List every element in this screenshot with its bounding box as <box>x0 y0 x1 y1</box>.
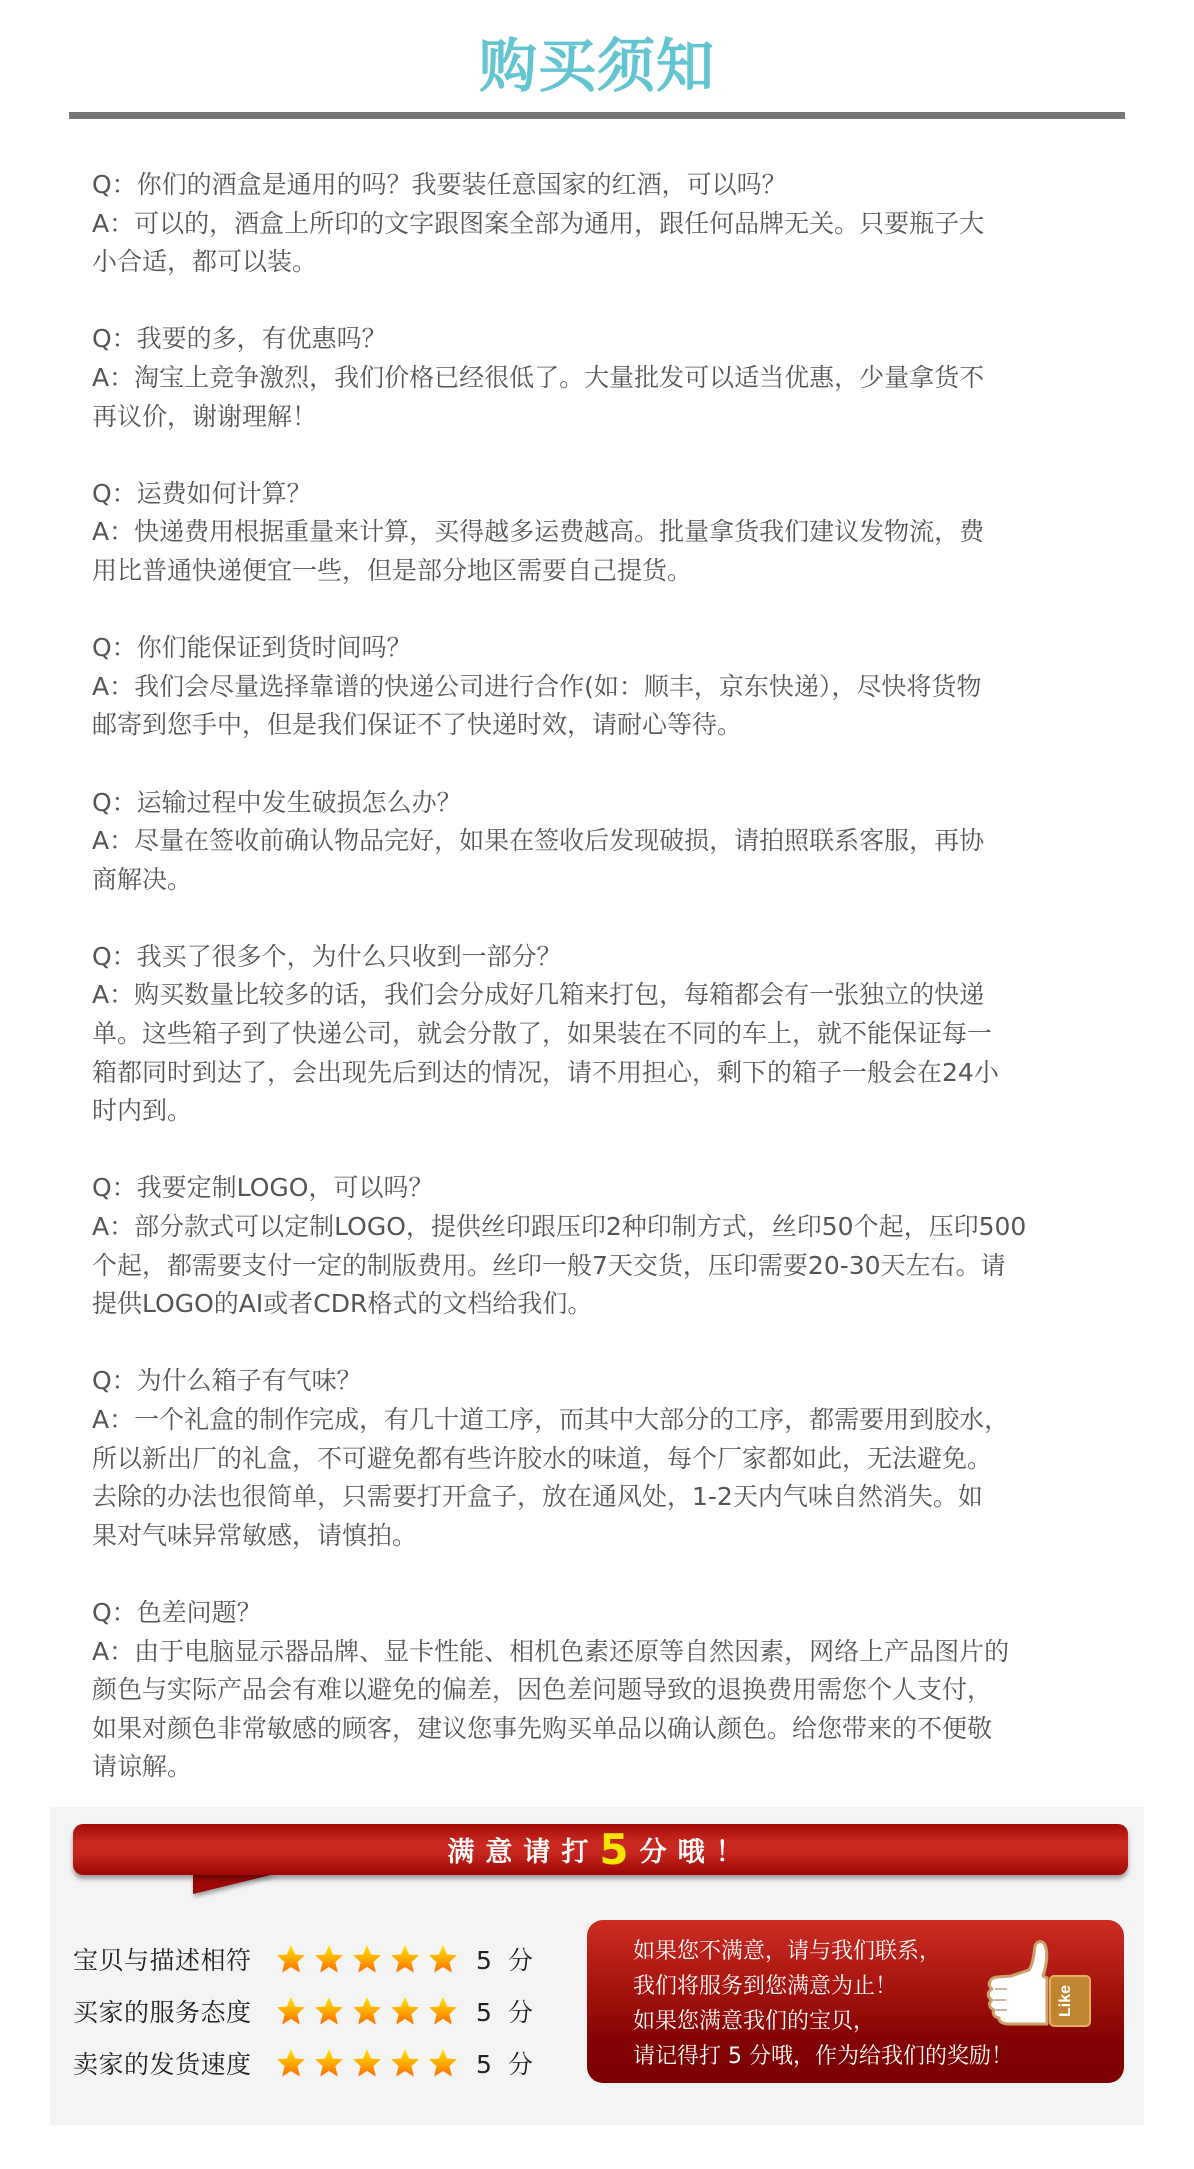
faq-question: Q：我要的多，有优惠吗？ <box>92 320 1112 359</box>
faq-question: Q：你们能保证到货时间吗？ <box>92 629 1112 668</box>
star-icon <box>276 1944 306 1974</box>
message-line: 请记得打 5 分哦，作为给我们的奖励！ <box>633 2039 1013 2074</box>
faq-item: Q：色差问题？ A：由于电脑显示器品牌、显卡性能、相机色素还原等自然因素，网络上… <box>92 1594 1112 1787</box>
star-icon <box>314 1996 344 2026</box>
star-icon <box>352 2048 382 2078</box>
faq-item: Q：运输过程中发生破损怎么办？ A：尽量在签收前确认物品完好，如果在签收后发现破… <box>92 784 1112 900</box>
star-icon <box>314 1944 344 1974</box>
rating-row-description: 宝贝与描述相符 5 分 <box>73 1933 537 1985</box>
faq-answer-line: A：可以的，酒盒上所印的文字跟图案全部为通用，跟任何品牌无关。只要瓶子大 <box>92 205 1112 244</box>
star-icon <box>352 1944 382 1974</box>
rating-row-shipping: 卖家的发货速度 5 分 <box>73 2037 537 2089</box>
thumbs-up-like-icon: Like <box>977 1940 1093 2028</box>
faq-question: Q：你们的酒盒是通用的吗？我要装任意国家的红酒，可以吗？ <box>92 166 1112 205</box>
faq-answer-line: 请谅解。 <box>92 1748 1112 1787</box>
faq-answer-line: 用比普通快递便宜一些，但是部分地区需要自己提货。 <box>92 552 1112 591</box>
rating-panel: 满意请打5分哦！ 宝贝与描述相符 5 分 <box>50 1807 1144 2125</box>
star-icon <box>352 1996 382 2026</box>
faq-answer-line: 箱都同时到达了，会出现先后到达的情况，请不用担心，剩下的箱子一般会在24小 <box>92 1054 1112 1093</box>
message-line: 我们将服务到您满意为止！ <box>633 1969 1013 2004</box>
faq-answer-line: 时内到。 <box>92 1092 1112 1131</box>
rating-list: 宝贝与描述相符 5 分 买家的服务态度 5 分 卖家的发货速度 <box>73 1933 537 2089</box>
faq-question: Q：运费如何计算？ <box>92 475 1112 514</box>
rating-score: 5 分 <box>476 1941 537 1977</box>
rating-score: 5 分 <box>476 2045 537 2081</box>
faq-answer-line: 如果对颜色非常敏感的顾客，建议您事先购买单品以确认颜色。给您带来的不便敬 <box>92 1710 1112 1749</box>
star-icon <box>276 2048 306 2078</box>
faq-answer-line: A：快递费用根据重量来计算，买得越多运费越高。批量拿货我们建议发物流，费 <box>92 513 1112 552</box>
star-icon <box>428 1996 458 2026</box>
faq-answer-line: 颜色与实际产品会有难以避免的偏差，因色差问题导致的退换费用需您个人支付， <box>92 1671 1112 1710</box>
star-rating <box>276 2048 458 2078</box>
faq-item: Q：运费如何计算？ A：快递费用根据重量来计算，买得越多运费越高。批量拿货我们建… <box>92 475 1112 591</box>
star-rating <box>276 1996 458 2026</box>
rating-row-service: 买家的服务态度 5 分 <box>73 1985 537 2037</box>
star-icon <box>390 1996 420 2026</box>
rating-label: 卖家的发货速度 <box>73 2045 276 2081</box>
faq-list: Q：你们的酒盒是通用的吗？我要装任意国家的红酒，可以吗？ A：可以的，酒盒上所印… <box>92 166 1112 1826</box>
faq-item: Q：我买了很多个，为什么只收到一部分？ A：购买数量比较多的话，我们会分成好几箱… <box>92 938 1112 1131</box>
faq-answer-line: 去除的办法也很简单，只需要打开盒子，放在通风处，1-2天内气味自然消失。如 <box>92 1478 1112 1517</box>
faq-question: Q：为什么箱子有气味？ <box>92 1362 1112 1401</box>
faq-answer-line: A：由于电脑显示器品牌、显卡性能、相机色素还原等自然因素，网络上产品图片的 <box>92 1633 1112 1672</box>
faq-answer-line: A：购买数量比较多的话，我们会分成好几箱来打包，每箱都会有一张独立的快递 <box>92 976 1112 1015</box>
page-title: 购买须知 <box>0 26 1194 106</box>
faq-item: Q：为什么箱子有气味？ A：一个礼盒的制作完成，有几十道工序，而其中大部分的工序… <box>92 1362 1112 1555</box>
banner-text-before: 满意请打 <box>447 1837 599 1868</box>
satisfaction-message: 如果您不满意，请与我们联系， 我们将服务到您满意为止！ 如果您满意我们的宝贝， … <box>633 1934 1013 2074</box>
faq-answer-line: 果对气味异常敏感，请慎拍。 <box>92 1517 1112 1556</box>
star-icon <box>390 2048 420 2078</box>
faq-answer-line: A：淘宝上竞争激烈，我们价格已经很低了。大量批发可以适当优惠，少量拿货不 <box>92 359 1112 398</box>
faq-answer-line: 小合适，都可以装。 <box>92 243 1112 282</box>
message-line: 如果您不满意，请与我们联系， <box>633 1934 1013 1969</box>
star-icon <box>428 2048 458 2078</box>
faq-item: Q：我要的多，有优惠吗？ A：淘宝上竞争激烈，我们价格已经很低了。大量批发可以适… <box>92 320 1112 436</box>
rating-label: 买家的服务态度 <box>73 1993 276 2029</box>
star-icon <box>390 1944 420 1974</box>
faq-question: Q：运输过程中发生破损怎么办？ <box>92 784 1112 823</box>
message-line: 如果您满意我们的宝贝， <box>633 2004 1013 2039</box>
faq-question: Q：我要定制LOGO，可以吗？ <box>92 1169 1112 1208</box>
faq-answer-line: 商解决。 <box>92 861 1112 900</box>
star-icon <box>428 1944 458 1974</box>
faq-answer-line: 单。这些箱子到了快递公司，就会分散了，如果装在不同的车上，就不能保证每一 <box>92 1015 1112 1054</box>
title-divider <box>69 112 1125 119</box>
like-badge-text: Like <box>1057 1985 1074 2017</box>
faq-answer-line: 邮寄到您手中，但是我们保证不了快递时效，请耐心等待。 <box>92 706 1112 745</box>
faq-question: Q：我买了很多个，为什么只收到一部分？ <box>92 938 1112 977</box>
star-rating <box>276 1944 458 1974</box>
faq-answer-line: A：尽量在签收前确认物品完好，如果在签收后发现破损，请拍照联系客服，再协 <box>92 822 1112 861</box>
rating-label: 宝贝与描述相符 <box>73 1941 276 1977</box>
faq-answer-line: 再议价，谢谢理解！ <box>92 398 1112 437</box>
banner-tail <box>193 1873 279 1894</box>
rating-score: 5 分 <box>476 1993 537 2029</box>
faq-item: Q：你们能保证到货时间吗？ A：我们会尽量选择靠谱的快递公司进行合作(如：顺丰，… <box>92 629 1112 745</box>
faq-answer-line: A：部分款式可以定制LOGO，提供丝印跟压印2种印制方式，丝印50个起，压印50… <box>92 1208 1112 1247</box>
faq-answer-line: 个起，都需要支付一定的制版费用。丝印一般7天交货，压印需要20-30天左右。请 <box>92 1247 1112 1286</box>
faq-item: Q：我要定制LOGO，可以吗？ A：部分款式可以定制LOGO，提供丝印跟压印2种… <box>92 1169 1112 1323</box>
faq-answer-line: 所以新出厂的礼盒，不可避免都有些许胶水的味道，每个厂家都如此，无法避免。 <box>92 1440 1112 1479</box>
banner-text-after: 分哦！ <box>640 1837 754 1868</box>
faq-item: Q：你们的酒盒是通用的吗？我要装任意国家的红酒，可以吗？ A：可以的，酒盒上所印… <box>92 166 1112 282</box>
faq-answer-line: 提供LOGO的AI或者CDR格式的文档给我们。 <box>92 1285 1112 1324</box>
star-icon <box>276 1996 306 2026</box>
banner-number: 5 <box>599 1825 639 1874</box>
faq-answer-line: A：一个礼盒的制作完成，有几十道工序，而其中大部分的工序，都需要用到胶水， <box>92 1401 1112 1440</box>
rate-five-banner: 满意请打5分哦！ <box>73 1824 1128 1875</box>
faq-question: Q：色差问题？ <box>92 1594 1112 1633</box>
satisfaction-message-box: 如果您不满意，请与我们联系， 我们将服务到您满意为止！ 如果您满意我们的宝贝， … <box>587 1920 1124 2083</box>
faq-answer-line: A：我们会尽量选择靠谱的快递公司进行合作(如：顺丰，京东快递），尽快将货物 <box>92 668 1112 707</box>
banner-text: 满意请打5分哦！ <box>73 1824 1128 1875</box>
star-icon <box>314 2048 344 2078</box>
